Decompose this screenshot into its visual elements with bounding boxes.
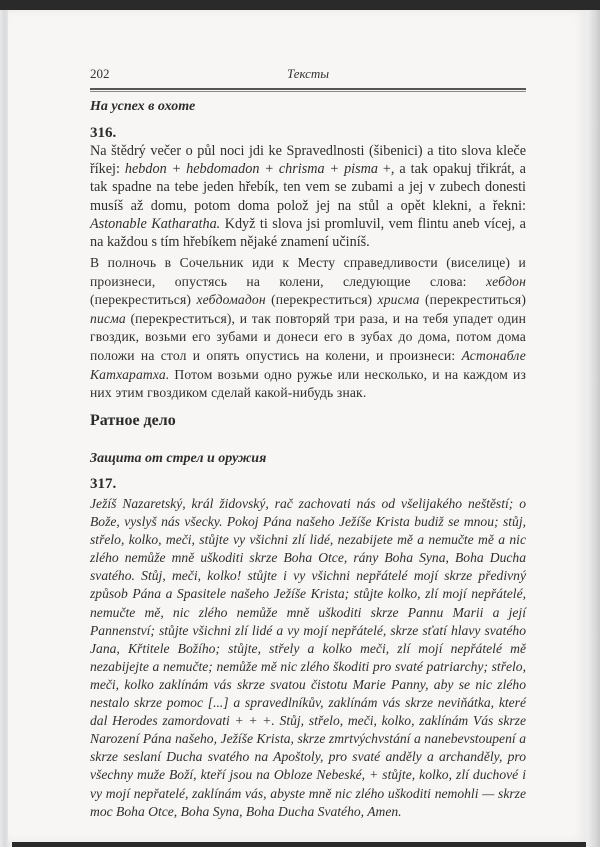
page-edge-right bbox=[586, 10, 600, 847]
paragraph-317-czech: Ježíš Nazaretský, král židovský, rač zac… bbox=[90, 495, 526, 821]
text-segment: (перекреститься) bbox=[90, 292, 196, 307]
running-header: 202 Тексты bbox=[90, 66, 526, 84]
text-segment-italic: хебдон bbox=[486, 274, 526, 289]
text-segment: В полночь в Сочельник иди к Месту справе… bbox=[90, 255, 526, 289]
text-segment-italic: хрисма bbox=[378, 292, 420, 307]
text-segment-italic: Astonable Katharatha. bbox=[90, 216, 220, 232]
item-number-316: 316. bbox=[90, 125, 116, 142]
section-subheading-hunting: На успех в охоте bbox=[90, 99, 195, 115]
text-segment-italic: писма bbox=[90, 311, 126, 326]
paragraph-316-russian: В полночь в Сочельник иди к Месту справе… bbox=[90, 254, 526, 403]
text-segment: (перекреститься) bbox=[266, 292, 378, 307]
text-segment-italic: hebdon + hebdomadon + chrisma + pisma bbox=[125, 161, 378, 177]
text-segment: (перекреститься) bbox=[420, 292, 526, 307]
text-segment-italic: хебдомадон bbox=[196, 292, 265, 307]
paragraph-316-czech: Na štědrý večer o půl noci jdi ke Sprave… bbox=[90, 142, 526, 251]
section-subheading-protection: Защита от стрел и оружия bbox=[90, 451, 266, 467]
chapter-heading: Ратное дело bbox=[90, 412, 176, 430]
running-title: Тексты bbox=[90, 66, 526, 82]
book-page: 202 Тексты На успех в охоте 316. Na štěd… bbox=[8, 10, 588, 842]
item-number-317: 317. bbox=[90, 476, 116, 493]
scanned-page: 202 Тексты На успех в охоте 316. Na štěd… bbox=[0, 0, 600, 847]
header-rule bbox=[90, 88, 526, 92]
